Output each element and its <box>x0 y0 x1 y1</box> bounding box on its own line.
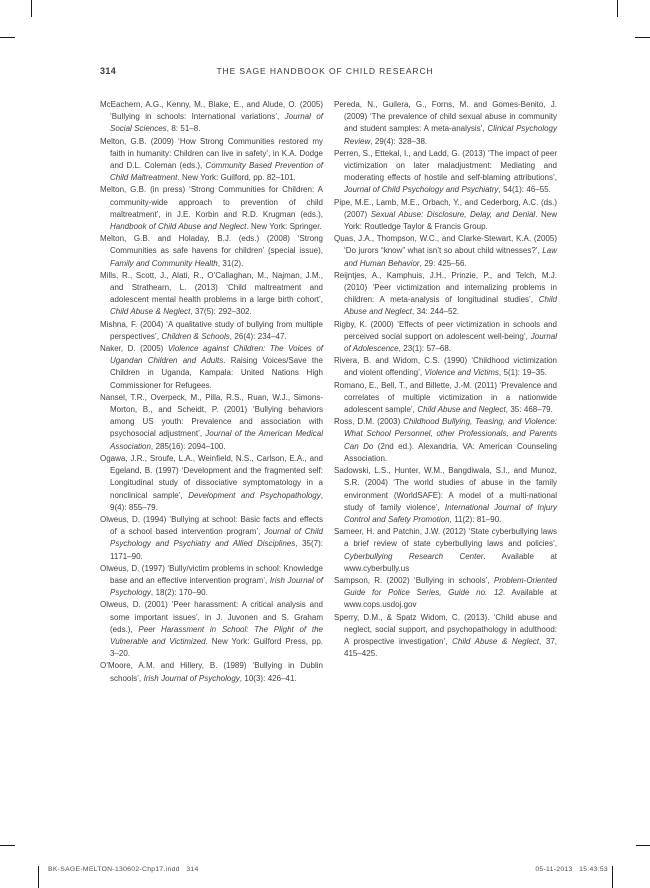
reference-entry: Quas, J.A., Thompson, W.C., and Clarke-S… <box>334 233 557 270</box>
reference-title-italic: Child Abuse & Neglect <box>452 637 539 646</box>
reference-title-italic: Development and Psychopathology <box>188 491 321 500</box>
reference-text: , 37(5): 292–302. <box>190 307 251 316</box>
reference-text: . New York: Springer. <box>246 222 321 231</box>
reference-text: , 5(1): 19–35. <box>499 368 547 377</box>
references-section: McEachern, A.G., Kenny, M., Blake, E., a… <box>100 99 557 685</box>
page-header: 314 THE SAGE HANDBOOK OF CHILD RESEARCH <box>0 66 650 80</box>
reference-text: , 23(1): 57–68. <box>399 344 451 353</box>
reference-entry: Reijntjes, A., Kamphuis, J.H., Prinzie, … <box>334 270 557 319</box>
reference-title-italic: Child Abuse & Neglect <box>110 307 190 316</box>
reference-text: , 8: 51–8. <box>167 124 201 133</box>
reference-text: , 34: 244–52. <box>412 307 459 316</box>
reference-entry: Naker, D. (2005) Violence against Childr… <box>100 343 323 392</box>
reference-entry: Mills, R., Scott, J., Alati, R., O’Calla… <box>100 270 323 319</box>
reference-entry: Sampson, R. (2002) ‘Bullying in schools’… <box>334 575 557 612</box>
reference-entry: Mishna, F. (2004) ‘A qualitative study o… <box>100 319 323 343</box>
reference-text: , 54(1): 46–55. <box>498 185 550 194</box>
reference-entry: Ross, D.M. (2003) Childhood Bullying, Te… <box>334 416 557 465</box>
reference-text: (2nd ed.). Alexandria, VA: American Coun… <box>344 442 557 463</box>
reference-text: Mills, R., Scott, J., Alati, R., O’Calla… <box>100 271 323 304</box>
footer-file-info: BK-SAGE-MELTON-130602-Chp17.indd 314 <box>48 866 199 873</box>
reference-entry: Olweus, D. (1994) ‘Bullying at school: B… <box>100 514 323 563</box>
reference-title-italic: Handbook of Child Abuse and Neglect <box>110 222 246 231</box>
reference-title-italic: Irish Journal of Psychology <box>144 674 240 683</box>
reference-text: Rigby, K. (2000) ‘Effects of peer victim… <box>334 320 557 341</box>
crop-mark-top-left-vertical <box>31 0 32 17</box>
reference-text: , 29(4): 328–38. <box>370 137 427 146</box>
reference-entry: Olweus, D. (2001) ‘Peer harassment: A cr… <box>100 599 323 660</box>
crop-mark-top-right-horizontal <box>635 37 650 38</box>
reference-entry: Nansel, T.R., Overpeck, M., Pilla, R.S.,… <box>100 392 323 453</box>
crop-mark-top-right-vertical <box>617 0 618 17</box>
reference-title-italic: Children & Schools <box>161 332 229 341</box>
reference-title-italic: Journal of Child Psychology and Psychiat… <box>344 185 498 194</box>
reference-entry: Sameer, H. and Patchin, J.W. (2012) ‘Sta… <box>334 526 557 575</box>
reference-entry: Olweus, D. (1997) ‘Bully/victim problems… <box>100 563 323 600</box>
reference-entry: Rivera, B. and Widom, C.S. (1990) ‘Child… <box>334 355 557 379</box>
reference-entry: Perren, S., Ettekal, I., and Ladd, G. (2… <box>334 148 557 197</box>
reference-text: . New York: Guilford, pp. 82–101. <box>177 173 295 182</box>
reference-text: , 31(2). <box>218 259 244 268</box>
reference-title-italic: Sexual Abuse: Disclosure, Delay, and Den… <box>371 210 536 219</box>
reference-entry: Melton, G.B. (in press) ‘Strong Communit… <box>100 184 323 233</box>
reference-entry: Ogawa, J.R., Sroufe, L.A., Weinfield, N.… <box>100 453 323 514</box>
reference-text: , 26(4): 234–47. <box>230 332 287 341</box>
running-title: THE SAGE HANDBOOK OF CHILD RESEARCH <box>0 66 650 76</box>
reference-entry: Pereda, N., Guilera, G., Forns, M. and G… <box>334 99 557 148</box>
reference-entry: Melton, G.B. and Holaday, B.J. (eds.) (2… <box>100 233 323 270</box>
reference-text: , 35: 468–79. <box>506 405 553 414</box>
crop-mark-bottom-left-horizontal <box>0 845 15 846</box>
reference-title-italic: Child Abuse and Neglect <box>417 405 505 414</box>
reference-title-italic: Cyberbullying Research Center <box>344 552 483 561</box>
reference-entry: Sadowski, L.S., Hunter, W.M., Bangdiwala… <box>334 465 557 526</box>
reference-text: Quas, J.A., Thompson, W.C., and Clarke-S… <box>334 234 557 255</box>
reference-text: Sampson, R. (2002) ‘Bullying in schools’… <box>334 576 494 585</box>
reference-entry: Melton, G.B. (2009) ‘How Strong Communit… <box>100 136 323 185</box>
reference-entry: Rigby, K. (2000) ‘Effects of peer victim… <box>334 319 557 356</box>
reference-text: Reijntjes, A., Kamphuis, J.H., Prinzie, … <box>334 271 557 304</box>
reference-title-italic: Violence and Victims <box>425 368 499 377</box>
reference-entry: McEachern, A.G., Kenny, M., Blake, E., a… <box>100 99 323 136</box>
reference-text: , 11(2): 81–90. <box>450 515 502 524</box>
reference-entry: O’Moore, A.M. and Hillery, B. (1989) ‘Bu… <box>100 660 323 684</box>
reference-text: , 18(2): 170–90. <box>151 588 208 597</box>
footer-datetime: 05-11-2013 15:43:53 <box>535 866 608 873</box>
reference-text: Naker, D. (2005) <box>100 344 168 353</box>
reference-text: Ross, D.M. (2003) <box>334 417 403 426</box>
reference-column-right: Pereda, N., Guilera, G., Forns, M. and G… <box>334 99 557 685</box>
reference-text: Melton, G.B. and Holaday, B.J. (eds.) (2… <box>100 234 323 255</box>
reference-entry: Romano, E., Bell, T., and Billette, J.-M… <box>334 380 557 417</box>
reference-text: , 10(3): 426–41. <box>240 674 297 683</box>
reference-text: Sameer, H. and Patchin, J.W. (2012) ‘Sta… <box>334 527 557 548</box>
page-footer: BK-SAGE-MELTON-130602-Chp17.indd 314 05-… <box>0 866 650 878</box>
crop-mark-top-left-horizontal <box>0 37 15 38</box>
reference-column-left: McEachern, A.G., Kenny, M., Blake, E., a… <box>100 99 323 685</box>
reference-text: , 29: 425–56. <box>420 259 467 268</box>
reference-entry: Pipe, M.E., Lamb, M.E., Orbach, Y., and … <box>334 197 557 234</box>
reference-text: Perren, S., Ettekal, I., and Ladd, G. (2… <box>334 149 557 182</box>
reference-title-italic: Family and Community Health <box>110 259 218 268</box>
reference-text: , 285(16): 2094–100. <box>151 442 226 451</box>
crop-mark-bottom-right-horizontal <box>636 845 650 846</box>
reference-entry: Sperry, D.M., & Spatz Widom, C. (2013). … <box>334 612 557 661</box>
reference-text: Melton, G.B. (in press) ‘Strong Communit… <box>100 185 323 218</box>
